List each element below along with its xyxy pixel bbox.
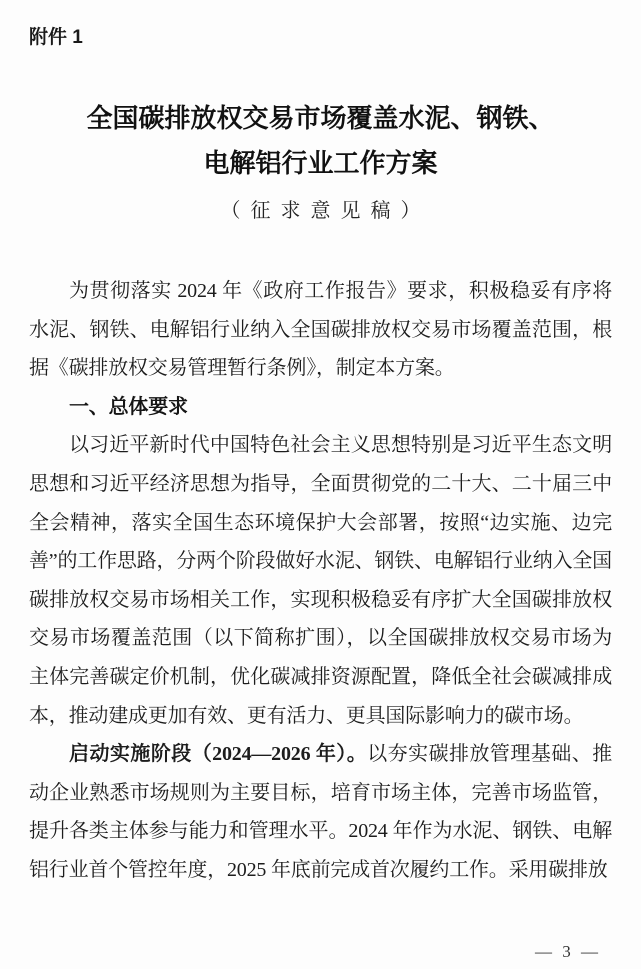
document-subtitle: （征求意见稿） bbox=[29, 196, 612, 226]
phase-paragraph: 启动实施阶段（2024—2026 年）。以夯实碳排放管理基础、推动企业熟悉市场规… bbox=[29, 735, 612, 889]
section-1-paragraph: 以习近平新时代中国特色社会主义思想特别是习近平生态文明思想和习近平经济思想为指导… bbox=[29, 426, 612, 735]
page-number: — 3 — bbox=[535, 942, 601, 962]
attachment-label: 附件 1 bbox=[29, 26, 612, 50]
document-title: 全国碳排放权交易市场覆盖水泥、钢铁、 电解铝行业工作方案 bbox=[29, 96, 612, 186]
document-page: 附件 1 全国碳排放权交易市场覆盖水泥、钢铁、 电解铝行业工作方案 （征求意见稿… bbox=[0, 0, 641, 969]
title-line-2: 电解铝行业工作方案 bbox=[29, 141, 612, 186]
phase-paragraph-lead: 启动实施阶段（2024—2026 年）。 bbox=[69, 743, 367, 765]
intro-paragraph: 为贯彻落实 2024 年《政府工作报告》要求，积极稳妥有序将水泥、钢铁、电解铝行… bbox=[29, 272, 612, 388]
section-1-heading: 一、总体要求 bbox=[29, 388, 612, 427]
title-line-1: 全国碳排放权交易市场覆盖水泥、钢铁、 bbox=[29, 96, 612, 141]
document-body: 为贯彻落实 2024 年《政府工作报告》要求，积极稳妥有序将水泥、钢铁、电解铝行… bbox=[29, 272, 612, 890]
